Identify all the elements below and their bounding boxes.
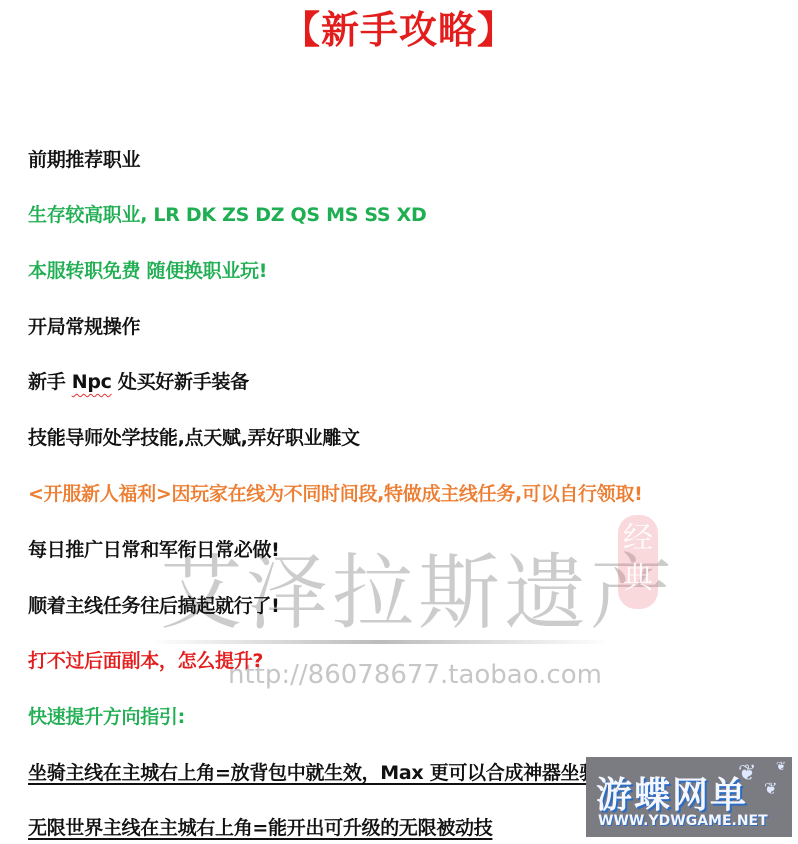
site-logo: 游蝶网单 WWW.YDWGAME.NET ❦ ❦ ❦	[586, 757, 792, 837]
watermark-divider	[150, 640, 610, 644]
line-learn-skills: 技能导师处学技能,点天赋,弄好职业雕文	[28, 425, 360, 451]
butterfly-icon: ❦	[738, 761, 756, 786]
line-mount-questline: 坐骑主线在主城右上角=放背包中就生效，Max 更可以合成神器坐骑	[28, 760, 598, 786]
watermark-seal: 经 典	[618, 515, 658, 609]
line-infinite-world-questline: 无限世界主线在主城右上角=能开出可升级的无限被动技	[28, 815, 492, 841]
watermark-url: http://86078677.taobao.com	[228, 660, 602, 690]
line-follow-main-quest: 顺着主线任务往后搞起就行了!	[28, 593, 279, 619]
line-buy-gear-prefix: 新手	[28, 371, 72, 393]
page-title: 【新手攻略】	[0, 4, 798, 56]
butterfly-icon: ❦	[764, 779, 777, 798]
logo-name: 游蝶网单	[596, 767, 748, 818]
heading-how-to-improve: 打不过后面副本，怎么提升?	[28, 648, 263, 674]
butterfly-icon: ❦	[776, 759, 786, 773]
seal-char-2: 典	[618, 559, 658, 599]
line-daily-quests: 每日推广日常和军衔日常必做!	[28, 537, 279, 563]
line-newbie-welfare: <开服新人福利>因玩家在线为不同时间段,特做成主线任务,可以自行领取!	[28, 481, 642, 507]
seal-char-1: 经	[618, 519, 658, 559]
heading-quick-guide: 快速提升方向指引:	[28, 704, 185, 730]
line-buy-gear: 新手 Npc 处买好新手装备	[28, 369, 249, 395]
logo-url: WWW.YDWGAME.NET	[598, 813, 768, 829]
line-survival-classes: 生存较高职业, LR DK ZS DZ QS MS SS XD	[28, 202, 426, 228]
line-buy-gear-suffix: 处买好新手装备	[112, 371, 249, 393]
line-free-class-change: 本服转职免费 随便换职业玩!	[28, 258, 267, 284]
heading-routine-operations: 开局常规操作	[28, 314, 140, 340]
spellcheck-word-npc: Npc	[72, 371, 112, 393]
heading-recommended-class: 前期推荐职业	[28, 147, 140, 173]
